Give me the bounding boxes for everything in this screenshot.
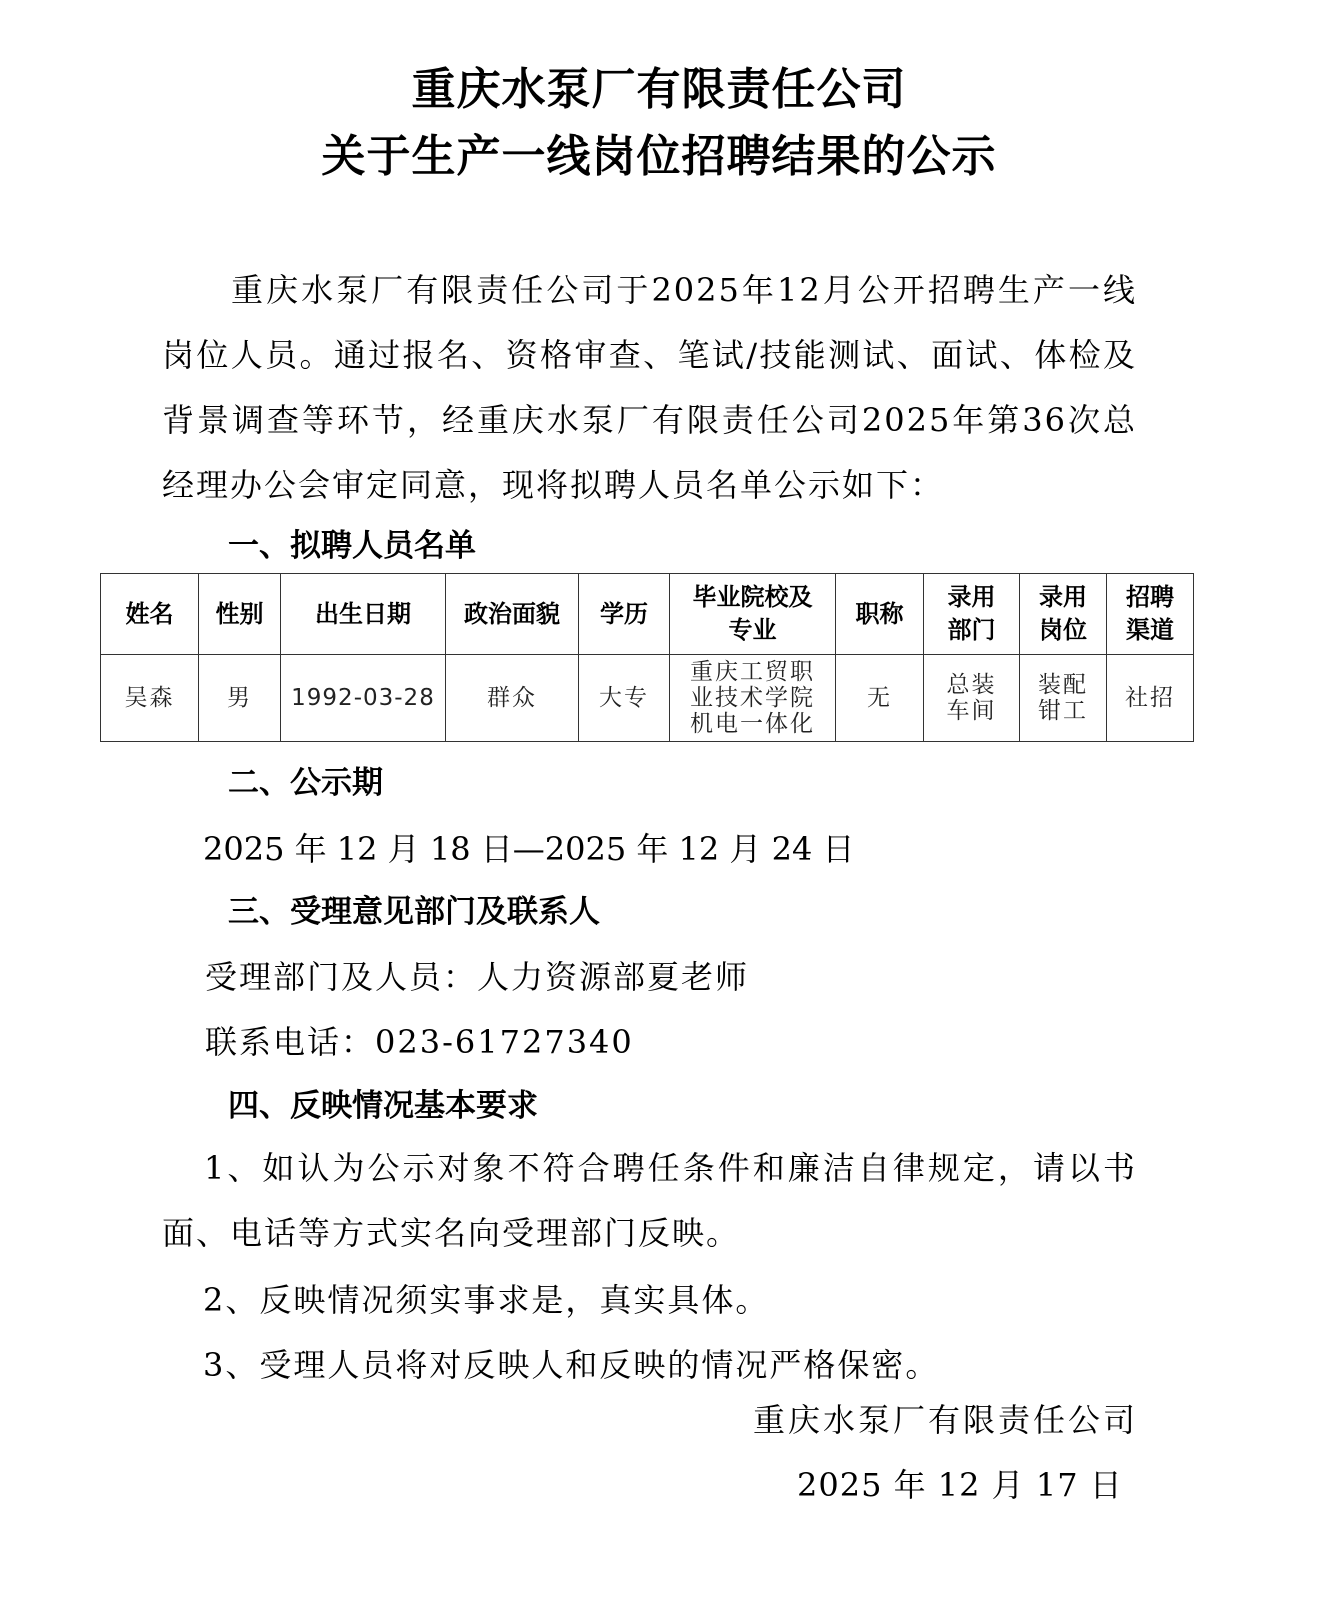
intro-paragraph: 重庆水泵厂有限责任公司于2025年12月公开招聘生产一线岗位人员。通过报名、资格…: [162, 258, 1137, 518]
document-title-line1: 重庆水泵厂有限责任公司: [0, 60, 1318, 120]
cell-title: 无: [836, 655, 924, 742]
section-2-heading: 二、公示期: [228, 763, 383, 803]
header-birth-date: 出生日期: [281, 574, 446, 655]
candidate-table: 姓名 性别 出生日期 政治面貌 学历 毕业院校及专业 职称 录用部门 录用岗位 …: [100, 573, 1194, 742]
cell-name: 吴森: [101, 655, 199, 742]
cell-gender: 男: [199, 655, 281, 742]
signature-date: 2025 年 12 月 17 日: [797, 1465, 1123, 1505]
cell-education: 大专: [579, 655, 670, 742]
header-position: 录用岗位: [1020, 574, 1107, 655]
intro-text: 重庆水泵厂有限责任公司于2025年12月公开招聘生产一线岗位人员。通过报名、资格…: [162, 271, 1137, 504]
header-gender: 性别: [199, 574, 281, 655]
requirement-item-1: 1、如认为公示对象不符合聘任条件和廉洁自律规定，请以书面、电话等方式实名向受理部…: [162, 1136, 1137, 1266]
header-department: 录用部门: [924, 574, 1020, 655]
contact-department: 受理部门及人员：人力资源部夏老师: [205, 957, 749, 997]
cell-birth-date: 1992-03-28: [281, 655, 446, 742]
contact-phone: 联系电话：023-61727340: [205, 1022, 634, 1062]
cell-department: 总装车间: [924, 655, 1020, 742]
requirement-item-2: 2、反映情况须实事求是，真实具体。: [203, 1280, 769, 1320]
requirement-item-3: 3、受理人员将对反映人和反映的情况严格保密。: [203, 1345, 939, 1385]
section-3-heading: 三、受理意见部门及联系人: [228, 892, 600, 932]
header-name: 姓名: [101, 574, 199, 655]
header-channel: 招聘渠道: [1107, 574, 1194, 655]
section-1-heading: 一、拟聘人员名单: [228, 526, 476, 566]
cell-political-status: 群众: [446, 655, 579, 742]
section-4-heading: 四、反映情况基本要求: [228, 1086, 538, 1126]
cell-position: 装配钳工: [1020, 655, 1107, 742]
header-political-status: 政治面貌: [446, 574, 579, 655]
cell-channel: 社招: [1107, 655, 1194, 742]
table-header-row: 姓名 性别 出生日期 政治面貌 学历 毕业院校及专业 职称 录用部门 录用岗位 …: [101, 574, 1194, 655]
publicity-period: 2025 年 12 月 18 日—2025 年 12 月 24 日: [203, 829, 854, 869]
signature-organization: 重庆水泵厂有限责任公司: [753, 1400, 1138, 1440]
header-title: 职称: [836, 574, 924, 655]
table-row: 吴森 男 1992-03-28 群众 大专 重庆工贸职业技术学院机电一体化 无 …: [101, 655, 1194, 742]
header-school-major: 毕业院校及专业: [670, 574, 836, 655]
cell-school-major: 重庆工贸职业技术学院机电一体化: [670, 655, 836, 742]
header-education: 学历: [579, 574, 670, 655]
document-title-line2: 关于生产一线岗位招聘结果的公示: [0, 127, 1318, 187]
